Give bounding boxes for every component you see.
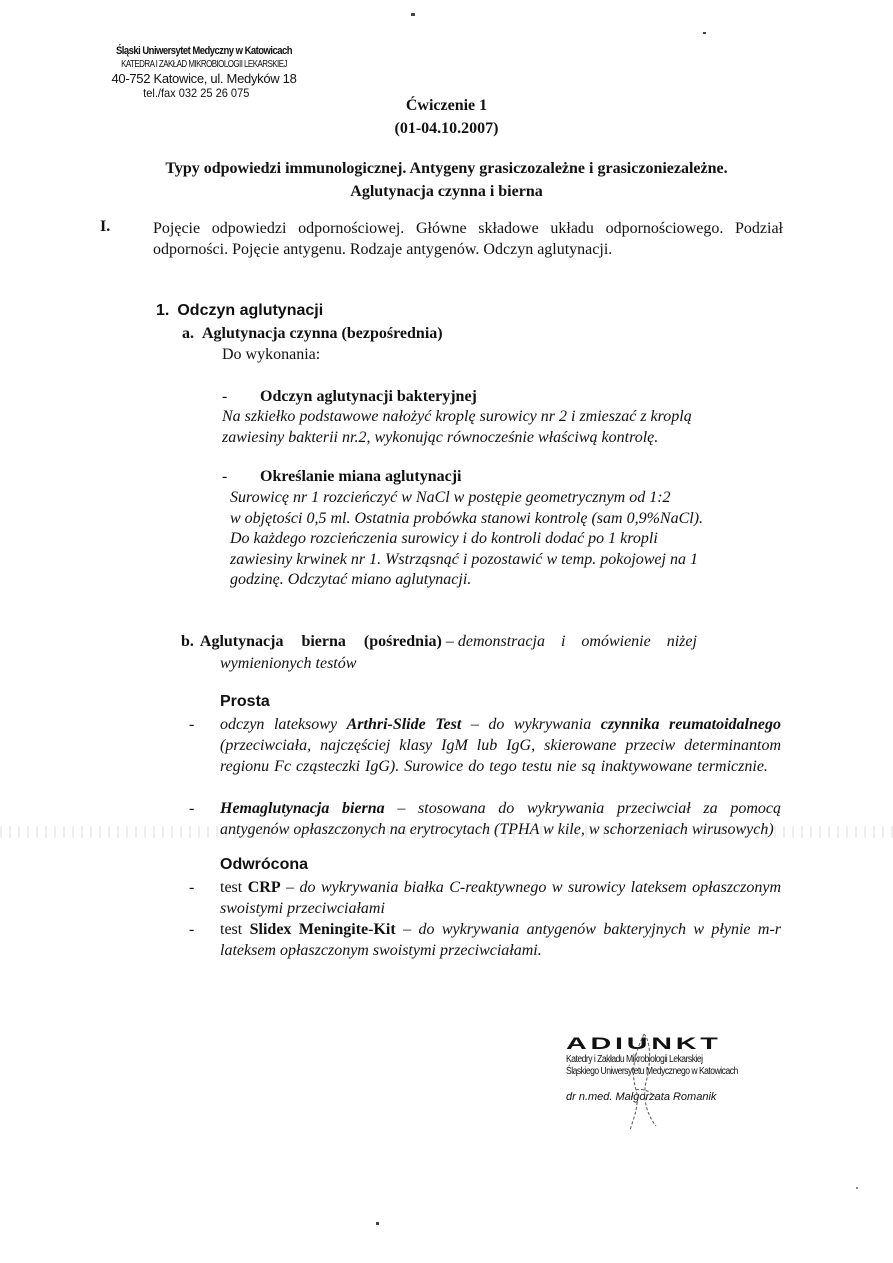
procedure-title: Określanie miana aglutynacji xyxy=(260,468,462,485)
subsection-desc-cont: wymienionych testów xyxy=(181,653,784,675)
institution-name: Śląski Uniwersytet Medyczny w Katowicach xyxy=(111,44,297,58)
procedure-line: godzinę. Odczytać miano aglutynacji. xyxy=(230,570,800,591)
item-bold: Arthri-Slide Test xyxy=(347,716,462,733)
procedure-heading: -Odczyn aglutynacji bakteryjnej xyxy=(222,388,477,406)
section-number: I. xyxy=(100,218,110,236)
dash-bullet: - xyxy=(189,798,194,819)
group-heading-prosta: Prosta xyxy=(220,693,270,711)
procedure-text: Na szkiełko podstawowe nałożyć kroplę su… xyxy=(222,407,792,448)
dash-bullet: - xyxy=(189,877,194,898)
handwritten-signature-icon xyxy=(600,1030,690,1140)
procedure-line: zawiesiny krwinek nr 1. Wstrząsnąć i poz… xyxy=(230,550,800,571)
scan-speck xyxy=(376,1222,379,1225)
department-name: KATEDRA I ZAKŁAD MIKROBIOLOGII LEKARSKIE… xyxy=(118,58,291,72)
procedure-line: zawiesiny bakterii nr.2, wykonując równo… xyxy=(222,428,792,449)
item-text: test xyxy=(220,921,250,938)
exercise-dates: (01-04.10.2007) xyxy=(0,118,893,140)
scan-noise xyxy=(0,826,893,838)
subsection-a-heading: a.Aglutynacja czynna (bezpośrednia) xyxy=(182,325,443,343)
procedure-line: w objętości 0,5 ml. Ostatnia probówka st… xyxy=(230,509,800,530)
subsection-title: Aglutynacja czynna (bezpośrednia) xyxy=(202,325,443,342)
list-item: - odczyn lateksowy Arthri-Slide Test – d… xyxy=(189,714,781,777)
procedure-line: Surowicę nr 1 rozcieńczyć w NaCl w postę… xyxy=(230,488,800,509)
procedure-text: Surowicę nr 1 rozcieńczyć w NaCl w postę… xyxy=(230,488,800,591)
procedure-line: Do każdego rozcieńczenia surowicy i do k… xyxy=(230,529,800,550)
heading-title: Odczyn aglutynacji xyxy=(177,302,323,319)
item-text: (przeciwciała, najczęściej klasy IgM lub… xyxy=(220,737,781,775)
intro-text: Do wykonania: xyxy=(222,346,320,364)
dash-bullet: - xyxy=(222,388,260,406)
item-text: – do wykrywania xyxy=(461,716,600,733)
item-bold: Hemaglutynacja bierna xyxy=(220,800,385,817)
procedure-line: Na szkiełko podstawowe nałożyć kroplę su… xyxy=(222,407,792,428)
heading-number: 1. xyxy=(156,302,169,319)
item-bold: CRP xyxy=(248,879,281,896)
subsection-letter: b. xyxy=(181,633,194,650)
subsection-b-heading: b.Aglutynacja bierna (pośrednia) – demon… xyxy=(181,631,784,675)
scan-speck xyxy=(856,1187,858,1189)
subsection-desc: demonstracja i omówienie niżej xyxy=(458,633,697,650)
dash-bullet: - xyxy=(189,714,194,735)
dash-bullet: - xyxy=(189,919,194,940)
section-heading: 1.Odczyn aglutynacji xyxy=(156,302,323,320)
separator: – xyxy=(446,633,454,650)
group-heading-odwrocona: Odwrócona xyxy=(220,856,308,874)
institution-stamp: Śląski Uniwersytet Medyczny w Katowicach… xyxy=(96,44,312,100)
procedure-title: Odczyn aglutynacji bakteryjnej xyxy=(260,388,477,405)
item-text: – do wykrywania białka C-reaktywnego w s… xyxy=(220,879,781,917)
item-text: test xyxy=(220,879,248,896)
subsection-title: Aglutynacja bierna (pośrednia) xyxy=(200,633,442,650)
dash-bullet: - xyxy=(222,468,260,486)
list-item: - test Slidex Meningite-Kit – do wykrywa… xyxy=(189,919,781,961)
section-text: Pojęcie odpowiedzi odpornościowej. Główn… xyxy=(153,218,783,260)
item-bold: Slidex Meningite-Kit xyxy=(250,921,396,938)
topic-line-2: Aglutynacja czynna i bierna xyxy=(0,180,893,203)
exercise-title: Ćwiczenie 1 xyxy=(0,95,893,117)
scan-speck xyxy=(703,32,706,34)
list-item: - test CRP – do wykrywania białka C-reak… xyxy=(189,877,781,919)
topic-line-1: Typy odpowiedzi immunologicznej. Antygen… xyxy=(0,157,893,180)
address: 40-752 Katowice, ul. Medyków 18 xyxy=(96,72,312,86)
subsection-letter: a. xyxy=(182,325,194,342)
item-bold: czynnika reumatoidalnego xyxy=(601,716,781,733)
item-text: odczyn lateksowy xyxy=(220,716,347,733)
scan-speck xyxy=(411,13,415,16)
procedure-heading: -Określanie miana aglutynacji xyxy=(222,468,462,486)
